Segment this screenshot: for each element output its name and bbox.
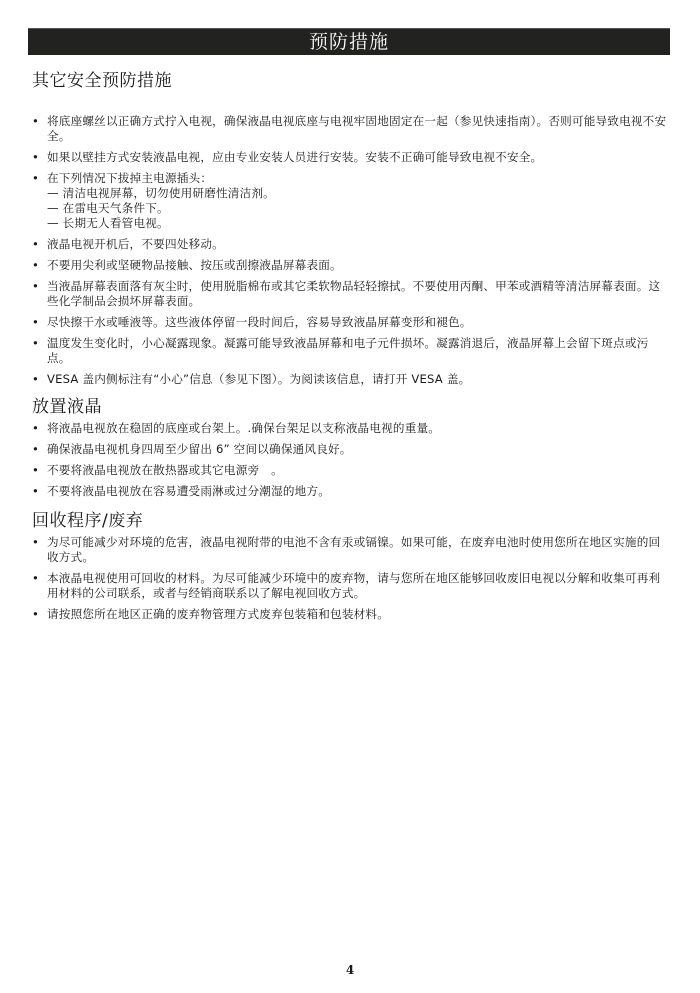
- bullet-list: • 为尽可能减少对环境的危害，液晶电视附带的电池不含有汞或镉镍。如果可能，在废弃…: [32, 535, 672, 622]
- bullet-icon: •: [32, 535, 39, 550]
- section-title: 放置液晶: [32, 396, 672, 418]
- list-item: • 尽快擦干水或唾液等。这些液体停留一段时间后，容易导致液晶屏幕变形和褪色。: [32, 315, 672, 330]
- list-item: • 将液晶电视放在稳固的底座或台架上。.确保台架足以支称液晶电视的重量。: [32, 421, 672, 436]
- list-item-text: 温度发生变化时，小心凝露现象。凝露可能导致液晶屏幕和电子元件损坏。凝露消退后，液…: [47, 336, 649, 365]
- list-item: • 确保液晶电视机身四周至少留出 6” 空间以确保通风良好。: [32, 442, 672, 457]
- bullet-icon: •: [32, 279, 39, 294]
- list-item: • 液晶电视开机后，不要四处移动。: [32, 237, 672, 252]
- page-number: 4: [0, 963, 700, 977]
- bullet-icon: •: [32, 372, 39, 387]
- bullet-icon: •: [32, 571, 39, 586]
- bullet-icon: •: [32, 114, 39, 129]
- section-title: 回收程序/废弃: [32, 510, 672, 532]
- list-item-text: 液晶电视开机后，不要四处移动。: [47, 237, 224, 251]
- page-header-bar: 预防措施: [28, 28, 670, 55]
- section-other-safety-precautions: 其它安全预防措施 • 将底座螺丝以正确方式拧入电视，确保液晶电视底座与电视牢固地…: [32, 70, 672, 393]
- list-item-text: 确保液晶电视机身四周至少留出 6” 空间以确保通风良好。: [47, 442, 352, 456]
- bullet-list: • 将液晶电视放在稳固的底座或台架上。.确保台架足以支称液晶电视的重量。 • 确…: [32, 421, 672, 499]
- list-item: • 为尽可能减少对环境的危害，液晶电视附带的电池不含有汞或镉镍。如果可能，在废弃…: [32, 535, 672, 565]
- list-item: • 温度发生变化时，小心凝露现象。凝露可能导致液晶屏幕和电子元件损坏。凝露消退后…: [32, 336, 672, 366]
- list-item: • 在下列情况下拔掉主电源插头： — 清洁电视屏幕，切勿使用研磨性清洁剂。 — …: [32, 171, 672, 231]
- list-item-text: 尽快擦干水或唾液等。这些液体停留一段时间后，容易导致液晶屏幕变形和褪色。: [47, 315, 472, 329]
- sub-item: — 清洁电视屏幕，切勿使用研磨性清洁剂。: [47, 186, 672, 201]
- bullet-icon: •: [32, 421, 39, 436]
- list-item-text: 在下列情况下拔掉主电源插头：: [47, 171, 212, 185]
- list-item: • 如果以壁挂方式安装液晶电视，应由专业安装人员进行安装。安装不正确可能导致电视…: [32, 150, 672, 165]
- list-item: • VESA 盖内侧标注有“小心”信息（参见下图）。为阅读该信息，请打开 VES…: [32, 372, 672, 387]
- bullet-icon: •: [32, 336, 39, 351]
- list-item-text: 不要将液晶电视放在散热器或其它电源旁 。: [47, 463, 283, 477]
- sub-item: — 在雷电天气条件下。: [47, 201, 672, 216]
- list-item-text: 本液晶电视使用可回收的材料。为尽可能减少环境中的废弃物，请与您所在地区能够回收废…: [47, 571, 660, 600]
- list-item-text: VESA 盖内侧标注有“小心”信息（参见下图）。为阅读该信息，请打开 VESA …: [47, 372, 470, 386]
- list-item: • 不要用尖利或坚硬物品接触、按压或刮擦液晶屏幕表面。: [32, 258, 672, 273]
- bullet-icon: •: [32, 171, 39, 186]
- list-item: • 将底座螺丝以正确方式拧入电视，确保液晶电视底座与电视牢固地固定在一起（参见快…: [32, 114, 672, 144]
- bullet-icon: •: [32, 442, 39, 457]
- bullet-list: • 将底座螺丝以正确方式拧入电视，确保液晶电视底座与电视牢固地固定在一起（参见快…: [32, 114, 672, 387]
- list-item-text: 如果以壁挂方式安装液晶电视，应由专业安装人员进行安装。安装不正确可能导致电视不安…: [47, 150, 542, 164]
- list-item: • 不要将液晶电视放在容易遭受雨淋或过分潮湿的地方。: [32, 484, 672, 499]
- list-item-text: 将底座螺丝以正确方式拧入电视，确保液晶电视底座与电视牢固地固定在一起（参见快速指…: [47, 114, 666, 143]
- page-title: 预防措施: [309, 33, 389, 52]
- bullet-icon: •: [32, 315, 39, 330]
- section-placing-lcd: 放置液晶 • 将液晶电视放在稳固的底座或台架上。.确保台架足以支称液晶电视的重量…: [32, 396, 672, 505]
- list-item: • 本液晶电视使用可回收的材料。为尽可能减少环境中的废弃物，请与您所在地区能够回…: [32, 571, 672, 601]
- bullet-icon: •: [32, 258, 39, 273]
- list-item-text: 请按照您所在地区正确的废弃物管理方式废弃包装箱和包装材料。: [47, 607, 389, 621]
- list-item: • 不要将液晶电视放在散热器或其它电源旁 。: [32, 463, 672, 478]
- list-item-text: 不要用尖利或坚硬物品接触、按压或刮擦液晶屏幕表面。: [47, 258, 342, 272]
- sub-item: — 长期无人看管电视。: [47, 216, 672, 231]
- bullet-icon: •: [32, 607, 39, 622]
- list-item-text: 为尽可能减少对环境的危害，液晶电视附带的电池不含有汞或镉镍。如果可能，在废弃电池…: [47, 535, 660, 564]
- bullet-icon: •: [32, 484, 39, 499]
- list-item-text: 当液晶屏幕表面落有灰尘时，使用脱脂棉布或其它柔软物品轻轻擦拭。不要使用丙酮、甲苯…: [47, 279, 660, 308]
- list-item: • 当液晶屏幕表面落有灰尘时，使用脱脂棉布或其它柔软物品轻轻擦拭。不要使用丙酮、…: [32, 279, 672, 309]
- list-item: • 请按照您所在地区正确的废弃物管理方式废弃包装箱和包装材料。: [32, 607, 672, 622]
- bullet-icon: •: [32, 463, 39, 478]
- bullet-icon: •: [32, 237, 39, 252]
- list-item-text: 将液晶电视放在稳固的底座或台架上。.确保台架足以支称液晶电视的重量。: [47, 421, 440, 435]
- section-title: 其它安全预防措施: [32, 70, 672, 92]
- sub-item-list: — 清洁电视屏幕，切勿使用研磨性清洁剂。 — 在雷电天气条件下。 — 长期无人看…: [47, 186, 672, 231]
- section-recycling-disposal: 回收程序/废弃 • 为尽可能减少对环境的危害，液晶电视附带的电池不含有汞或镉镍。…: [32, 510, 672, 628]
- list-item-text: 不要将液晶电视放在容易遭受雨淋或过分潮湿的地方。: [47, 484, 330, 498]
- bullet-icon: •: [32, 150, 39, 165]
